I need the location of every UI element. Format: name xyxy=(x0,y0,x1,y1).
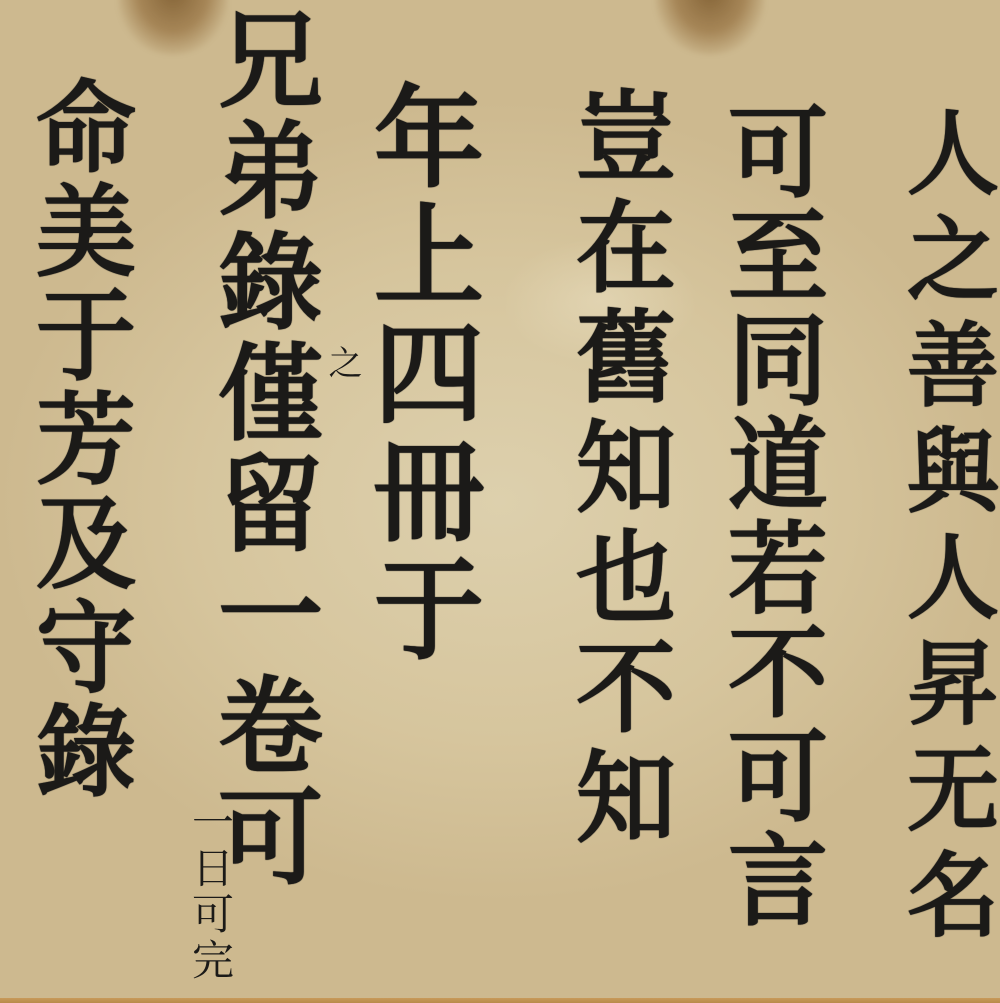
calligraphy-column-5: 兄弟錄僅留一卷可 xyxy=(210,5,315,893)
calligraphy-column-3: 豈在舊知也不知 xyxy=(568,85,668,855)
calligraphy-column-4: 年上四冊于 xyxy=(365,80,475,670)
annotation-insert-mark: 之 xyxy=(318,345,367,383)
annotation-side-note: 一日可完 xyxy=(180,800,240,984)
calligraphy-column-1: 人之善與人昇无名 xyxy=(900,105,992,953)
calligraphy-column-6: 命美于芳及守錄 xyxy=(28,75,128,803)
calligraphy-column-2: 可至同道若不可言 xyxy=(720,100,820,932)
paper-background xyxy=(0,0,1000,1003)
mounting-edge xyxy=(0,998,1000,1003)
